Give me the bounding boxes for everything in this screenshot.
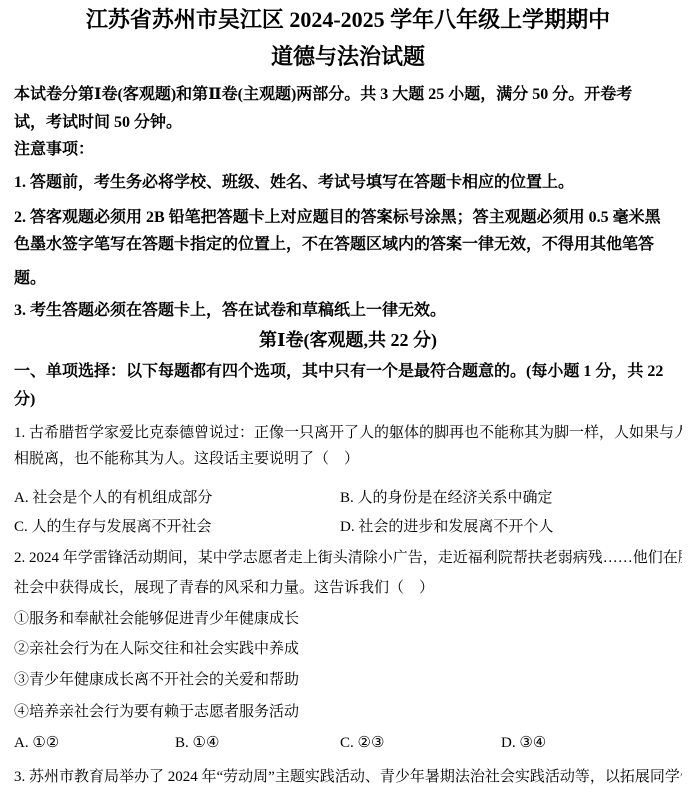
notice-item-2-line1: 2. 答客观题必须用 2B 铅笔把答题卡上对应题目的答案标号涂黑；答主观题必须用… [14,203,682,233]
intro-line-1: 本试卷分第Ⅰ卷(客观题)和第Ⅱ卷(主观题)两部分。共 3 大题 25 小题，满分… [14,80,682,110]
q1-option-c: C. 人的生存与发展离不开社会 [14,512,212,542]
q1-option-d: D. 社会的进步和发展离不开个人 [340,512,553,542]
notices-heading: 注意事项： [14,135,682,165]
section1-instruction-line2: 分) [14,385,682,415]
q1-options-row-ab: A. 社会是个人的有机组成部分 B. 人的身份是在经济关系中确定 [14,483,682,513]
q2-option-a: A. ①② [14,728,59,758]
q2-stem-line1: 2. 2024 年学雷锋活动期间，某中学志愿者走上街头清除小广告，走近福利院帮扶… [14,543,682,573]
q1-options-row-cd: C. 人的生存与发展离不开社会 D. 社会的进步和发展离不开个人 [14,512,682,542]
q1-option-b: B. 人的身份是在经济关系中确定 [340,483,553,513]
exam-title-line2: 道德与法治试题 [14,42,682,72]
notice-item-2-line2: 色墨水签字笔写在答题卡指定的位置上，不在答题区域内的答案一律无效，不得用其他笔答 [14,230,682,260]
q2-stem-line2: 社会中获得成长，展现了青春的风采和力量。这告诉我们（ ） [14,573,682,603]
q2-option-c: C. ②③ [340,728,384,758]
q1-option-a: A. 社会是个人的有机组成部分 [14,483,212,513]
exam-title-line1: 江苏省苏州市吴江区 2024-2025 学年八年级上学期期中 [14,5,682,35]
section1-heading: 第Ⅰ卷(客观题,共 22 分) [14,325,682,355]
q2-options-row: A. ①② B. ①④ C. ②③ D. ③④ [14,728,682,758]
q2-option-b: B. ①④ [175,728,219,758]
intro-line-2: 试，考试时间 50 分钟。 [14,108,682,138]
notice-item-3: 3. 考生答题必须在答题卡上，答在试卷和草稿纸上一律无效。 [14,296,682,326]
q2-statement-2: ②亲社会行为在人际交往和社会实践中养成 [14,634,682,664]
section1-instruction-line1: 一、单项选择：以下每题都有四个选项，其中只有一个是最符合题意的。(每小题 1 分… [14,357,682,387]
q2-option-d: D. ③④ [501,728,546,758]
q2-statement-1: ①服务和奉献社会能够促进青少年健康成长 [14,604,682,634]
q2-statement-3: ③青少年健康成长离不开社会的关爱和帮助 [14,665,682,695]
notice-item-2-line3: 题。 [14,264,682,294]
q1-stem-line2: 相脱离，也不能称其为人。这段话主要说明了（ ） [14,444,682,474]
exam-paper-page: 江苏省苏州市吴江区 2024-2025 学年八年级上学期期中 道德与法治试题 本… [0,0,696,796]
notice-item-1: 1. 答题前，考生务必将学校、班级、姓名、考试号填写在答题卡相应的位置上。 [14,168,682,198]
q3-stem-line1: 3. 苏州市教育局举办了 2024 年“劳动周”主题实践活动、青少年暑期法治社会… [14,762,682,792]
q2-statement-4: ④培养亲社会行为要有赖于志愿者服务活动 [14,697,682,727]
